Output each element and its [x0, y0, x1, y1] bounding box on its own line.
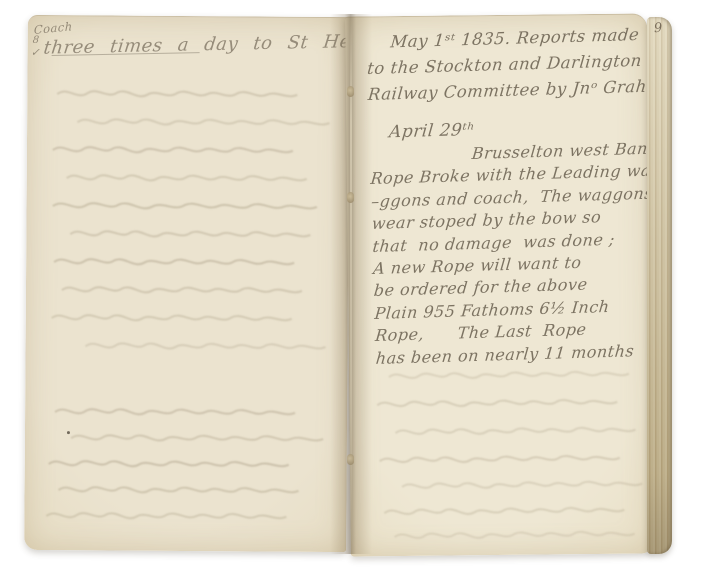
- right-page-writing: May 1ˢᵗ 1835. Reports made to the Stockt…: [366, 22, 652, 370]
- manuscript-photo: Coach 8 ✓ three times a day to St Hele M…: [0, 0, 722, 576]
- margin-number: 8: [32, 35, 40, 46]
- binding-knot: [347, 86, 354, 97]
- binding-knot: [347, 454, 354, 465]
- book-gutter: [330, 14, 372, 554]
- checkmark-glyph: ✓: [31, 46, 41, 59]
- binding-knot: [347, 192, 354, 203]
- ink-speck: [67, 431, 70, 434]
- folio-number: 9: [653, 21, 663, 37]
- right-page: May 1ˢᵗ 1835. Reports made to the Stockt…: [345, 13, 653, 556]
- closed-page-edges: [647, 17, 672, 554]
- left-page-bleed-through-strokes: [24, 16, 350, 552]
- left-page: Coach 8 ✓ three times a day to St Hele: [24, 15, 350, 552]
